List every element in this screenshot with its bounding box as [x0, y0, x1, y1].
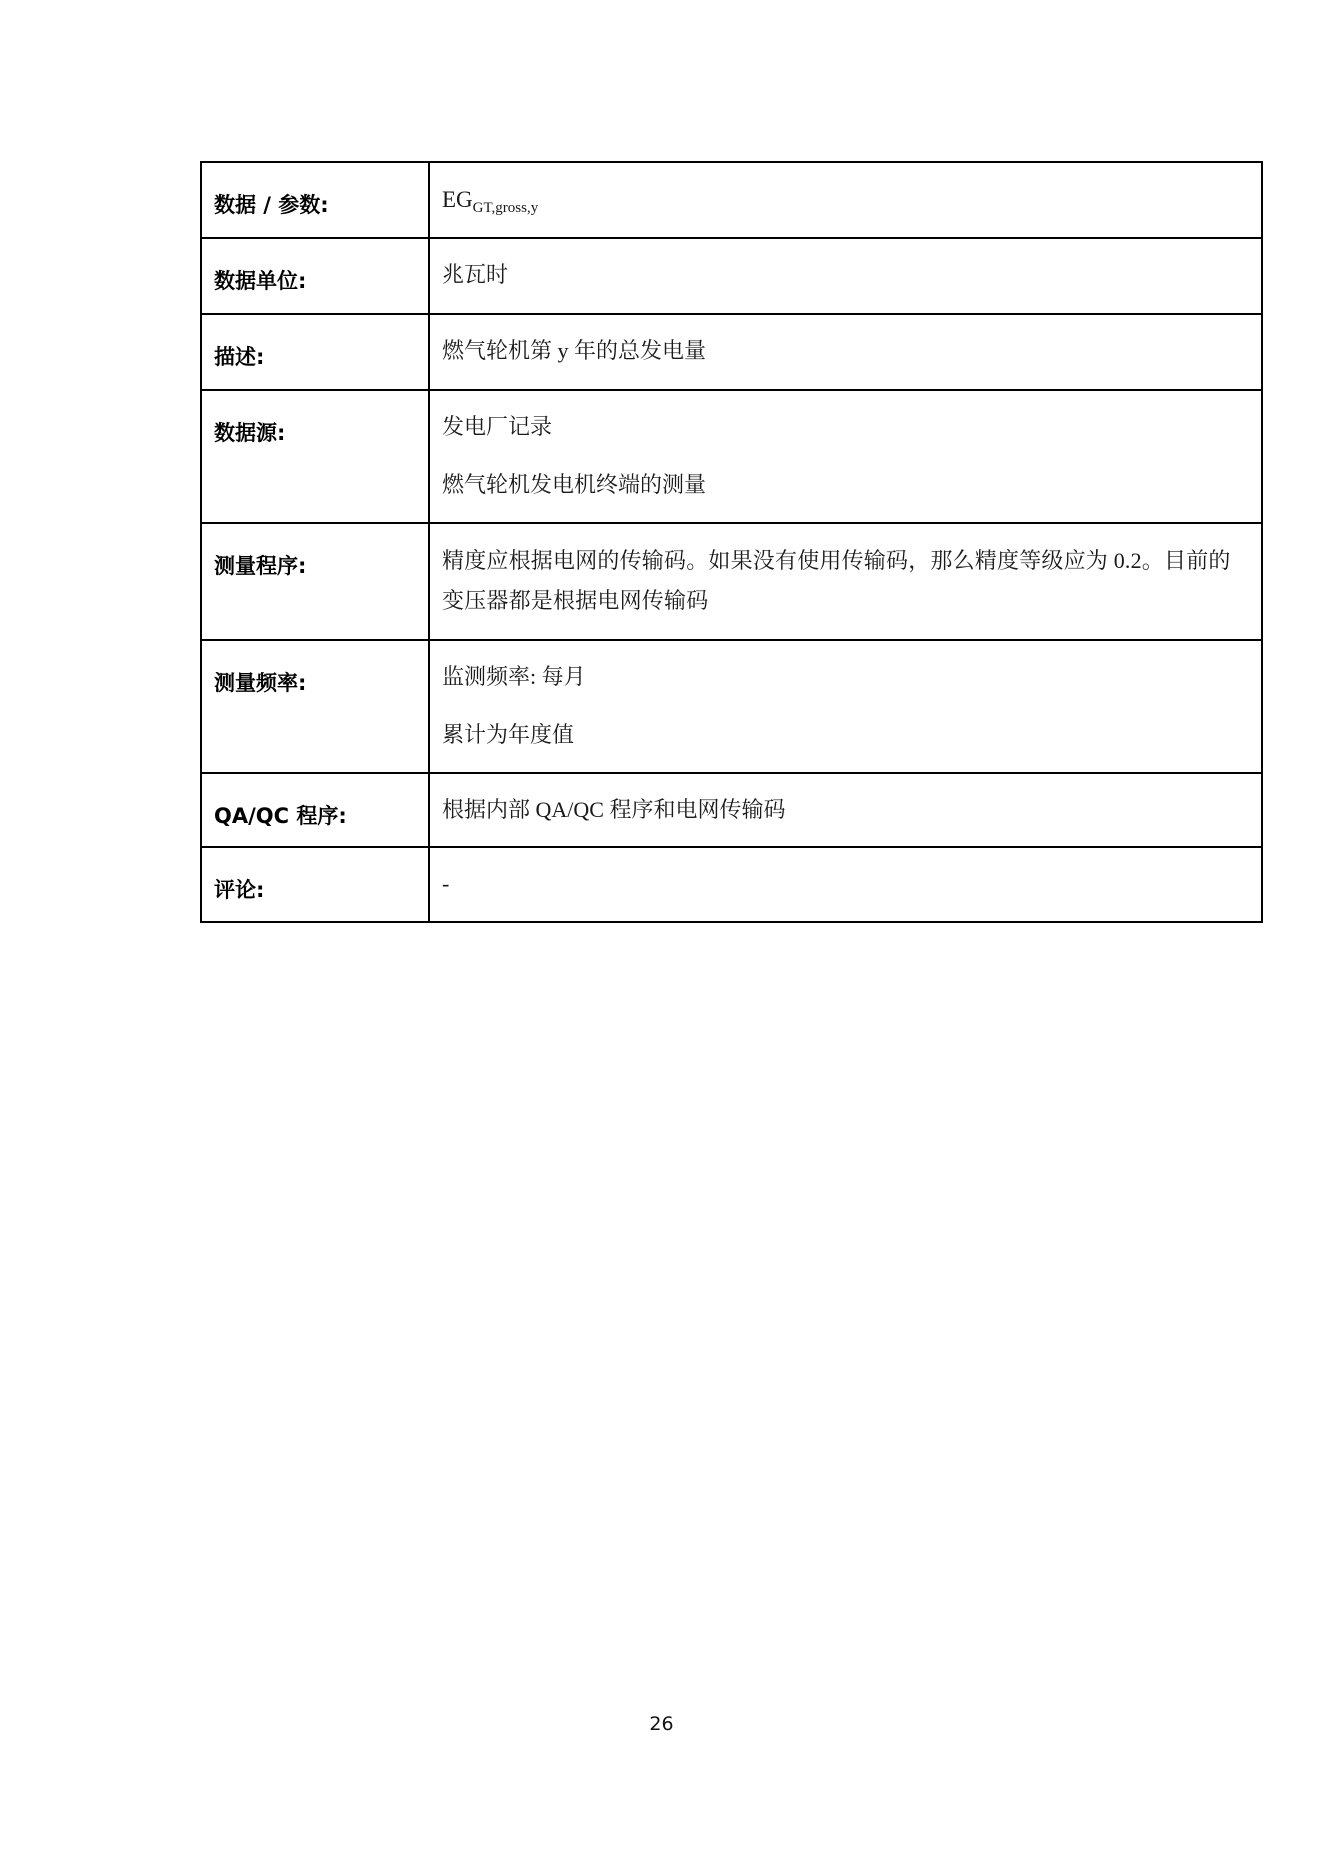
- label-comment: 评论:: [201, 847, 429, 922]
- symbol-subscript: GT,gross,y: [473, 200, 539, 216]
- value-data-source: 发电厂记录 燃气轮机发电机终端的测量: [429, 390, 1262, 523]
- value-description: 燃气轮机第 y 年的总发电量: [429, 314, 1262, 390]
- frequency-line-1: 监测频率: 每月: [442, 666, 1249, 688]
- value-comment: -: [429, 847, 1262, 922]
- value-unit: 兆瓦时: [429, 238, 1262, 314]
- table-row-description: 描述: 燃气轮机第 y 年的总发电量: [201, 314, 1262, 390]
- table-row-parameter: 数据 / 参数: EGGT,gross,y: [201, 162, 1262, 238]
- description-text: 燃气轮机第 y 年的总发电量: [442, 340, 1249, 362]
- table-row-qa-qc: QA/QC 程序: 根据内部 QA/QC 程序和电网传输码: [201, 773, 1262, 847]
- label-measurement-procedure: 测量程序:: [201, 523, 429, 640]
- qa-qc-text: 根据内部 QA/QC 程序和电网传输码: [442, 799, 1249, 821]
- unit-text: 兆瓦时: [442, 264, 1249, 286]
- measurement-procedure-text: 精度应根据电网的传输码。如果没有使用传输码，那么精度等级应为 0.2。目前的变压…: [442, 541, 1249, 621]
- data-source-line-2: 燃气轮机发电机终端的测量: [442, 474, 1249, 496]
- value-measurement-procedure: 精度应根据电网的传输码。如果没有使用传输码，那么精度等级应为 0.2。目前的变压…: [429, 523, 1262, 640]
- table-row-measurement-frequency: 测量频率: 监测频率: 每月 累计为年度值: [201, 640, 1262, 773]
- value-parameter-symbol: EGGT,gross,y: [429, 162, 1262, 238]
- table-row-unit: 数据单位: 兆瓦时: [201, 238, 1262, 314]
- label-parameter: 数据 / 参数:: [201, 162, 429, 238]
- symbol-main: EG: [442, 187, 473, 212]
- page-number: 26: [0, 1713, 1323, 1735]
- value-measurement-frequency: 监测频率: 每月 累计为年度值: [429, 640, 1262, 773]
- label-description: 描述:: [201, 314, 429, 390]
- comment-text: -: [442, 873, 1249, 895]
- table-row-data-source: 数据源: 发电厂记录 燃气轮机发电机终端的测量: [201, 390, 1262, 523]
- table-row-measurement-procedure: 测量程序: 精度应根据电网的传输码。如果没有使用传输码，那么精度等级应为 0.2…: [201, 523, 1262, 640]
- value-qa-qc: 根据内部 QA/QC 程序和电网传输码: [429, 773, 1262, 847]
- table-row-comment: 评论: -: [201, 847, 1262, 922]
- label-qa-qc: QA/QC 程序:: [201, 773, 429, 847]
- label-data-source: 数据源:: [201, 390, 429, 523]
- label-unit: 数据单位:: [201, 238, 429, 314]
- data-source-line-1: 发电厂记录: [442, 416, 1249, 438]
- monitoring-parameter-table: 数据 / 参数: EGGT,gross,y 数据单位: 兆瓦时 描述: 燃气轮机…: [200, 161, 1263, 923]
- frequency-line-2: 累计为年度值: [442, 724, 1249, 746]
- label-measurement-frequency: 测量频率:: [201, 640, 429, 773]
